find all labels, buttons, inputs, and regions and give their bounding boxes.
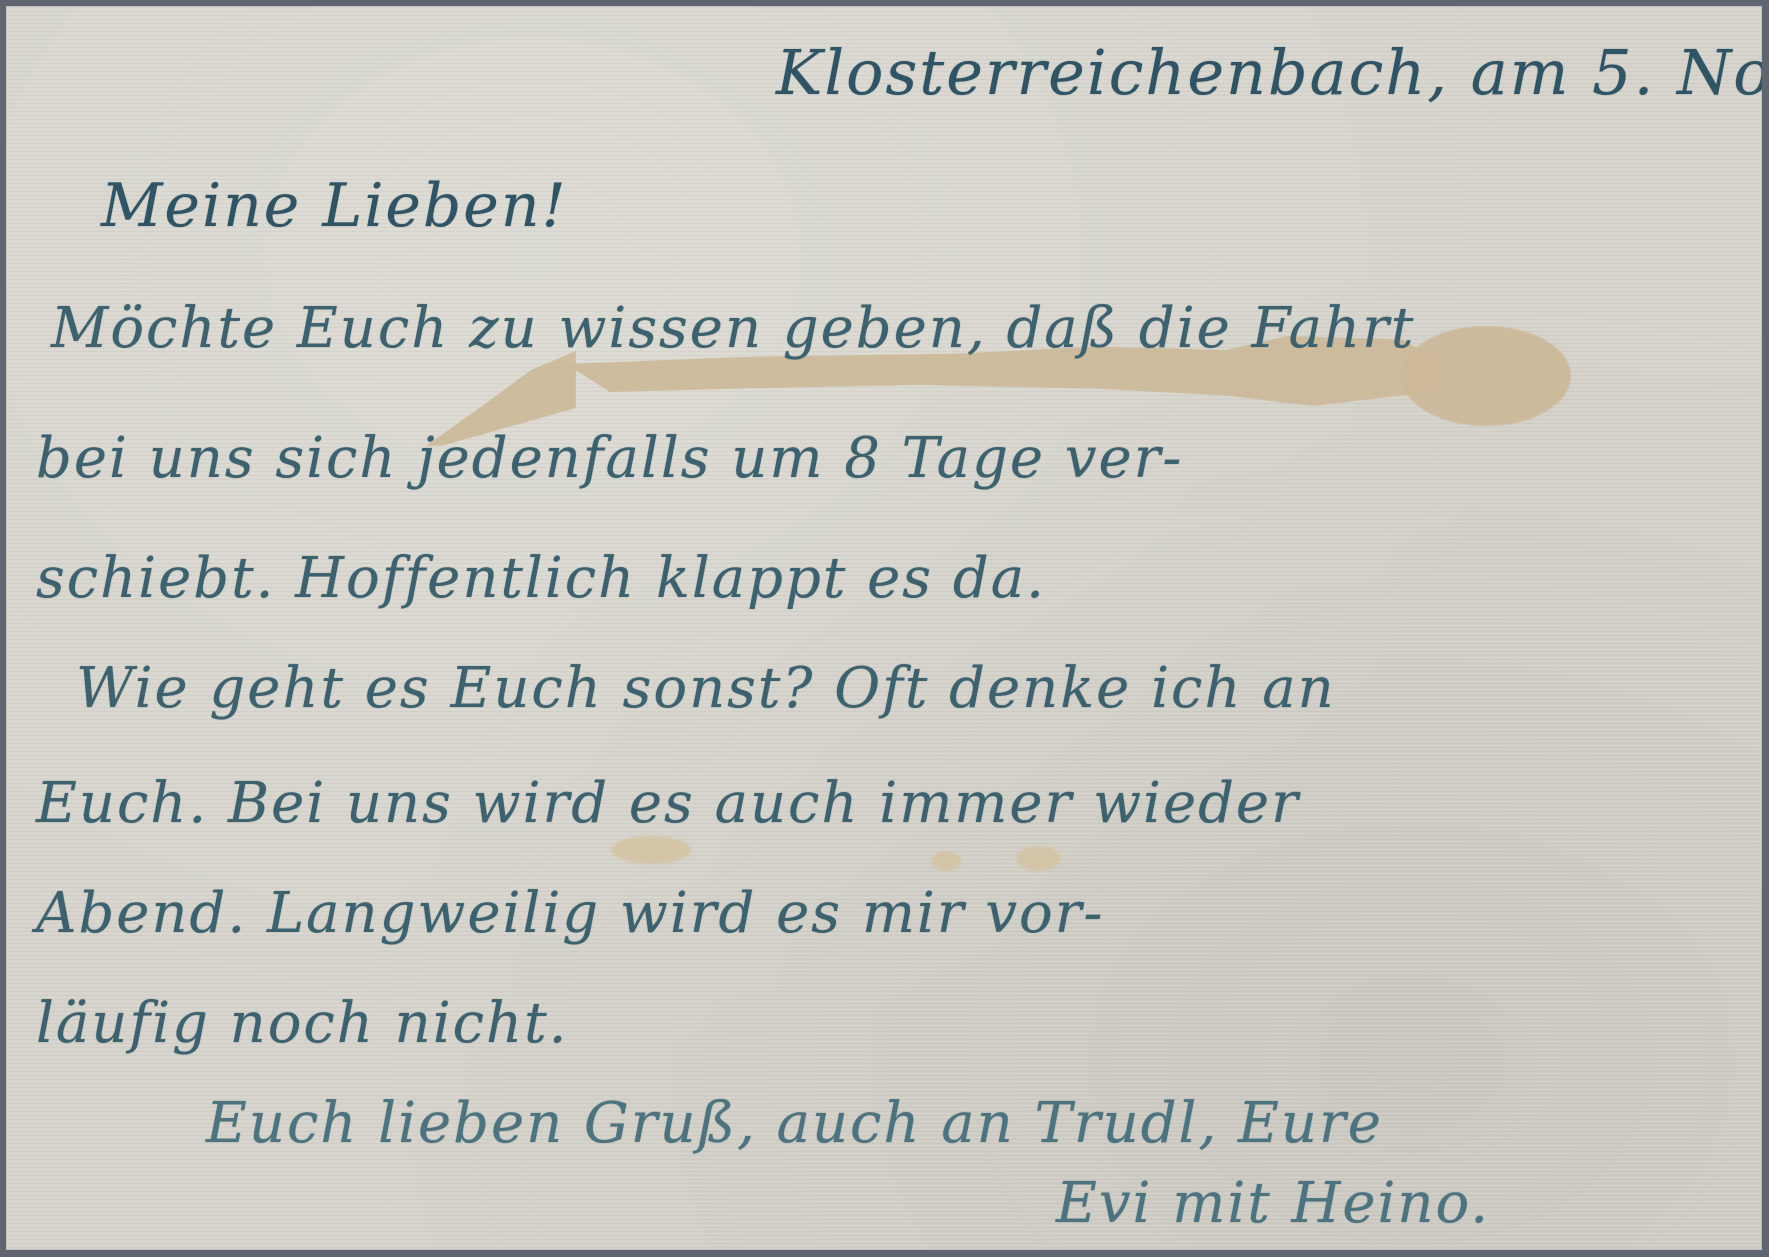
body-line: Wie geht es Euch sonst? Oft denke ich an <box>76 656 1336 721</box>
stain-spot <box>931 851 961 871</box>
body-line: bei uns sich jedenfalls um 8 Tage ver- <box>36 426 1183 491</box>
body-line: Abend. Langweilig wird es mir vor- <box>36 881 1104 946</box>
stain-spot <box>611 836 691 864</box>
body-line: läufig noch nicht. <box>36 991 568 1056</box>
postcard: Klosterreichenbach, am 5. Nov. Meine Lie… <box>6 6 1762 1250</box>
signature: Evi mit Heino. <box>1056 1171 1490 1236</box>
scan-background: Klosterreichenbach, am 5. Nov. Meine Lie… <box>0 0 1769 1257</box>
paper-tear-stain <box>1401 326 1571 426</box>
dateline: Klosterreichenbach, am 5. Nov. <box>776 36 1762 109</box>
body-line: Möchte Euch zu wissen geben, daß die Fah… <box>51 296 1415 361</box>
body-line: schiebt. Hoffentlich klappt es da. <box>36 546 1046 611</box>
salutation: Meine Lieben! <box>101 171 568 241</box>
stain-spot <box>1016 846 1061 871</box>
closing-line: Euch lieben Gruß, auch an Trudl, Eure <box>206 1091 1383 1156</box>
body-line: Euch. Bei uns wird es auch immer wieder <box>36 771 1300 836</box>
